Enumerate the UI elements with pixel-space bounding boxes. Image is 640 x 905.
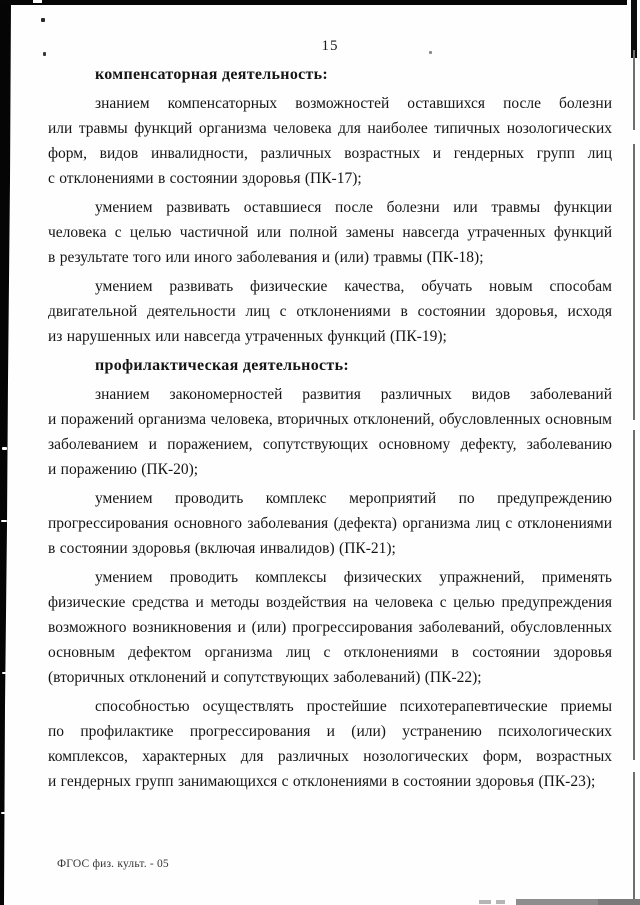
scanned-document-page: 15 компенсаторная деятельность:знанием к… <box>0 0 640 905</box>
document-content: компенсаторная деятельность:знанием комп… <box>48 62 612 794</box>
paragraph: умением проводить комплекс мероприятий п… <box>48 486 612 561</box>
text-line: форм, видов инвалидности, различных возр… <box>48 141 612 166</box>
text-line: умением развивать физические качества, о… <box>48 274 612 299</box>
text-line: из нарушенных или навсегда утраченных фу… <box>48 324 612 349</box>
text-line: человека с целью частичной или полной за… <box>48 220 612 245</box>
text-line: знанием закономерностей развития различн… <box>48 382 612 407</box>
text-line: или травмы функций организма человека дл… <box>48 116 612 141</box>
paragraph: умением развивать физические качества, о… <box>48 274 612 349</box>
scan-bottom-dash <box>479 900 491 904</box>
scan-border-top-nick <box>33 0 42 3</box>
text-line: с отклонениями в состоянии здоровья (ПК-… <box>48 166 612 191</box>
text-line: физические средства и методы воздействия… <box>48 590 612 615</box>
scan-border-top <box>0 0 627 5</box>
text-line: по профилактике прогрессирования и (или)… <box>48 719 612 744</box>
scan-border-right-thin <box>633 50 635 905</box>
page-number: 15 <box>20 38 640 55</box>
text-line: знанием компенсаторных возможностей оста… <box>48 91 612 116</box>
scan-right-line-gap <box>631 760 637 772</box>
text-line: прогрессирования основного заболевания (… <box>48 511 612 536</box>
text-line: умением развивать оставшиеся после болез… <box>48 195 612 220</box>
paragraph: умением развивать оставшиеся после болез… <box>48 195 612 270</box>
text-line: и гендерных групп занимающихся с отклоне… <box>48 769 612 794</box>
dust-speck <box>43 52 46 56</box>
paragraph: умением проводить комплексы физических у… <box>48 565 612 690</box>
paragraph: знанием закономерностей развития различн… <box>48 382 612 482</box>
text-line: в состоянии здоровья (включая инвалидов)… <box>48 536 612 561</box>
scan-border-left <box>0 0 12 905</box>
paragraph: знанием компенсаторных возможностей оста… <box>48 91 612 191</box>
text-line: заболеванием и поражением, сопутствующих… <box>48 432 612 457</box>
scan-right-line-gap <box>631 130 637 144</box>
text-line: умением проводить комплексы физических у… <box>48 565 612 590</box>
scan-bottom-dash <box>496 900 505 904</box>
section-heading: профилактическая деятельность: <box>95 353 612 378</box>
text-line: комплексов, характерных для различных но… <box>48 744 612 769</box>
text-line: и поражений организма человека, вторичны… <box>48 407 612 432</box>
scan-white-speck <box>1 520 7 522</box>
text-line: способностью осуществлять простейшие пси… <box>48 694 612 719</box>
text-line: возможного возникновения и (или) прогрес… <box>48 615 612 640</box>
text-line: (вторичных отклонений и сопутствующих за… <box>48 665 612 690</box>
text-line: двигательной деятельности лиц с отклонен… <box>48 299 612 324</box>
dust-speck <box>41 18 45 22</box>
scan-right-line-gap <box>631 420 637 430</box>
text-line: основным дефектом организма лиц с отклон… <box>48 640 612 665</box>
section-heading: компенсаторная деятельность: <box>95 62 612 87</box>
scan-white-speck <box>2 672 6 674</box>
scan-white-speck <box>2 447 7 450</box>
footer-label: ФГОС физ. культ. - 05 <box>57 858 169 870</box>
text-line: умением проводить комплекс мероприятий п… <box>48 486 612 511</box>
paragraph: способностью осуществлять простейшие пси… <box>48 694 612 794</box>
scan-white-speck <box>1 812 5 814</box>
dust-speck <box>429 51 432 54</box>
text-line: в результате того или иного заболевания … <box>48 245 612 270</box>
text-line: и поражению (ПК-20); <box>48 457 612 482</box>
scan-bottom-bar-dark <box>598 899 640 905</box>
